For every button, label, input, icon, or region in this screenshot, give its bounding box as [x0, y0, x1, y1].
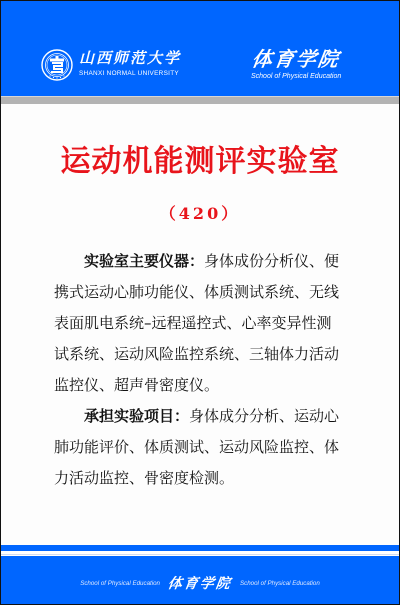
projects-section: 承担实验项目：身体成分分析、运动心 肺功能评价、体质测试、运动风险监控、体 力活…	[54, 401, 359, 494]
footer-school-en-right: School of Physical Education	[240, 580, 320, 587]
projects-text: 身体成分分析、运动心	[189, 407, 339, 425]
text-line: 力活动监控、骨密度检测。	[54, 463, 359, 494]
lab-signboard: 山西师范大学 SHANXI NORMAL UNIVERSITY 体育学院 Sch…	[0, 0, 400, 605]
text-line: 承担实验项目：身体成分分析、运动心	[54, 401, 359, 432]
equipment-label: 实验室主要仪器：	[84, 252, 204, 270]
header-gray-band	[1, 96, 399, 104]
school-name-cn: 体育学院	[250, 48, 341, 70]
school-name-en: School of Physical Education	[251, 72, 341, 81]
projects-label: 承担实验项目：	[84, 407, 189, 425]
text-line: 携式运动心肺功能仪、体质测试系统、无线	[54, 277, 359, 308]
footer-divider	[1, 551, 399, 555]
footer-banner: School of Physical Education 体育学院 School…	[1, 556, 399, 604]
room-number: （420）	[1, 204, 399, 224]
header-banner: 山西师范大学 SHANXI NORMAL UNIVERSITY 体育学院 Sch…	[1, 1, 399, 96]
page-title: 运动机能测评实验室	[1, 142, 399, 182]
equipment-section: 实验室主要仪器：身体成份分析仪、便 携式运动心肺功能仪、体质测试系统、无线 表面…	[54, 246, 359, 401]
text-line: 肺功能评价、体质测试、运动风险监控、体	[54, 432, 359, 463]
footer-row: School of Physical Education 体育学院 School…	[1, 573, 399, 593]
equipment-text: 身体成份分析仪、便	[204, 252, 339, 270]
text-line: 监控仪、超声骨密度仪。	[54, 370, 359, 401]
text-line: 实验室主要仪器：身体成份分析仪、便	[54, 246, 359, 277]
footer-school-cn: 体育学院	[167, 573, 234, 593]
lab-description: 实验室主要仪器：身体成份分析仪、便 携式运动心肺功能仪、体质测试系统、无线 表面…	[54, 246, 359, 494]
text-line: 表面肌电系统–远程遥控式、心率变异性测	[54, 308, 359, 339]
footer-school-en-left: School of Physical Education	[80, 580, 160, 587]
university-seal-icon	[41, 49, 73, 81]
text-line: 试系统、运动风险监控系统、三轴体力活动	[54, 339, 359, 370]
university-name-en: SHANXI NORMAL UNIVERSITY	[79, 70, 179, 78]
university-name-cn: 山西师范大学	[79, 50, 181, 66]
